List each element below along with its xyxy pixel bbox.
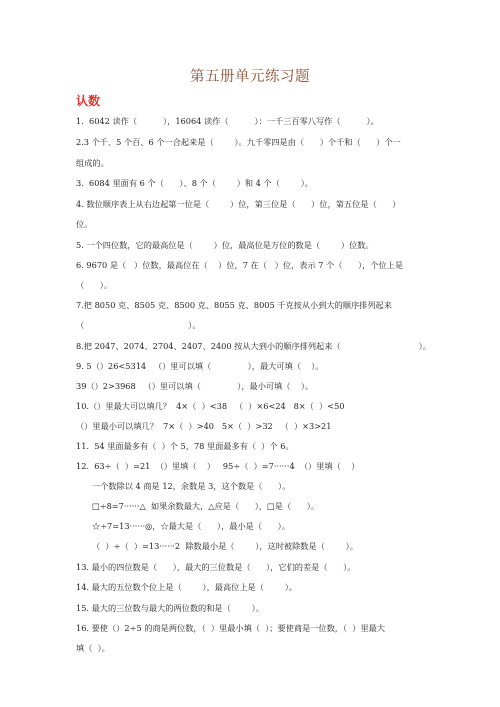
question-line: 12. 63÷（ ）=21 （）里填（ ） 95÷（ ）=7······4 （）… [76, 461, 359, 471]
question-line: 14. 最大的五位数个位上是（ ），最高位上是（ ）。 [76, 582, 297, 592]
question-line: 6. 9670 是（ ）位数，最高位在（ ）位，7 在（ ）位，表示 7 个（ … [76, 260, 403, 270]
question-line: 组成的。 [76, 158, 109, 168]
question-line: 7.把 8050 克、8505 克、8500 克、8055 克、8005 千克按… [76, 300, 392, 310]
question-line: 位。 [76, 219, 92, 229]
question-line: ☆÷7=13······◎，☆最大是（ ），最小是（ ）。 [92, 521, 290, 531]
page-title: 第五册单元练习题 [0, 65, 500, 86]
question-line: 13. 最小的四位数是（ ），最大的三位数是（ ），它们的差是（ ）。 [76, 562, 355, 572]
question-line: （）里最小可以填几？ 7×（ ）>40 5×（ ）>32 （ ）×3>21 [76, 421, 331, 431]
question-line: 11. 54 里面最多有（ ）个 5，78 里面最多有（ ）个 6。 [76, 441, 294, 451]
question-line: 2.3 个千、5 个百、6 个一合起来是（ ）。九千零四是由（ ）个千和（ ）个… [76, 137, 401, 147]
question-line: 39（）2>3968 （）里可以填（ ），最小可填（ ）。 [76, 381, 313, 391]
question-line: 填（ ）。 [76, 643, 110, 653]
question-line: 9. 5（）26<5314 （）里可以填（ ），最大可填（ ）。 [76, 361, 324, 371]
question-line: 8.把 2047、2074、2704、2407、2400 按从大到小的顺序排列起… [76, 341, 431, 351]
worksheet-page: 第五册单元练习题 认数 1. 6042 读作（ ），16064 读作（ ）：一千… [0, 0, 500, 707]
question-line: □÷8=7······△ 如果余数最大，△应是（ ），□是（ ）。 [92, 501, 319, 511]
question-line: 1. 6042 读作（ ），16064 读作（ ）：一千三百零八写作（ ）。 [76, 116, 379, 126]
question-line: 5. 一个四位数，它的最高位是（ ）位，最高位是万位的数是（ ）位数。 [76, 240, 374, 250]
question-line: 4. 数位顺序表上从右边起第一位是（ ）位，第三位是（ ）位，第五位是（ ） [76, 199, 400, 209]
question-line: （ ）。 [76, 320, 201, 330]
question-line: （ ）。 [76, 280, 112, 290]
question-line: 3. 6084 里面有 6 个（ ）、8 个（ ）和 4 个（ ）。 [76, 178, 313, 188]
question-line: （ ）÷（ ）=13······2 除数最小是（ ），这时被除数是（ ）。 [92, 541, 358, 551]
question-line: 16. 要使（）2÷5 的商是两位数，（ ）里最小填（ ）；要使商是一位数，（ … [76, 623, 385, 633]
question-line: 15. 最大的三位数与最大的两位数的和是（ ）。 [76, 603, 264, 613]
section-heading: 认数 [76, 92, 100, 109]
question-line: 10.（）里最大可以填几？ 4×（ ）<38 （ ）×6<24 8×（ ）<50 [76, 401, 345, 411]
question-line: 一个数除以 4 商是 12，余数是 3，这个数是（ ）。 [92, 481, 290, 491]
